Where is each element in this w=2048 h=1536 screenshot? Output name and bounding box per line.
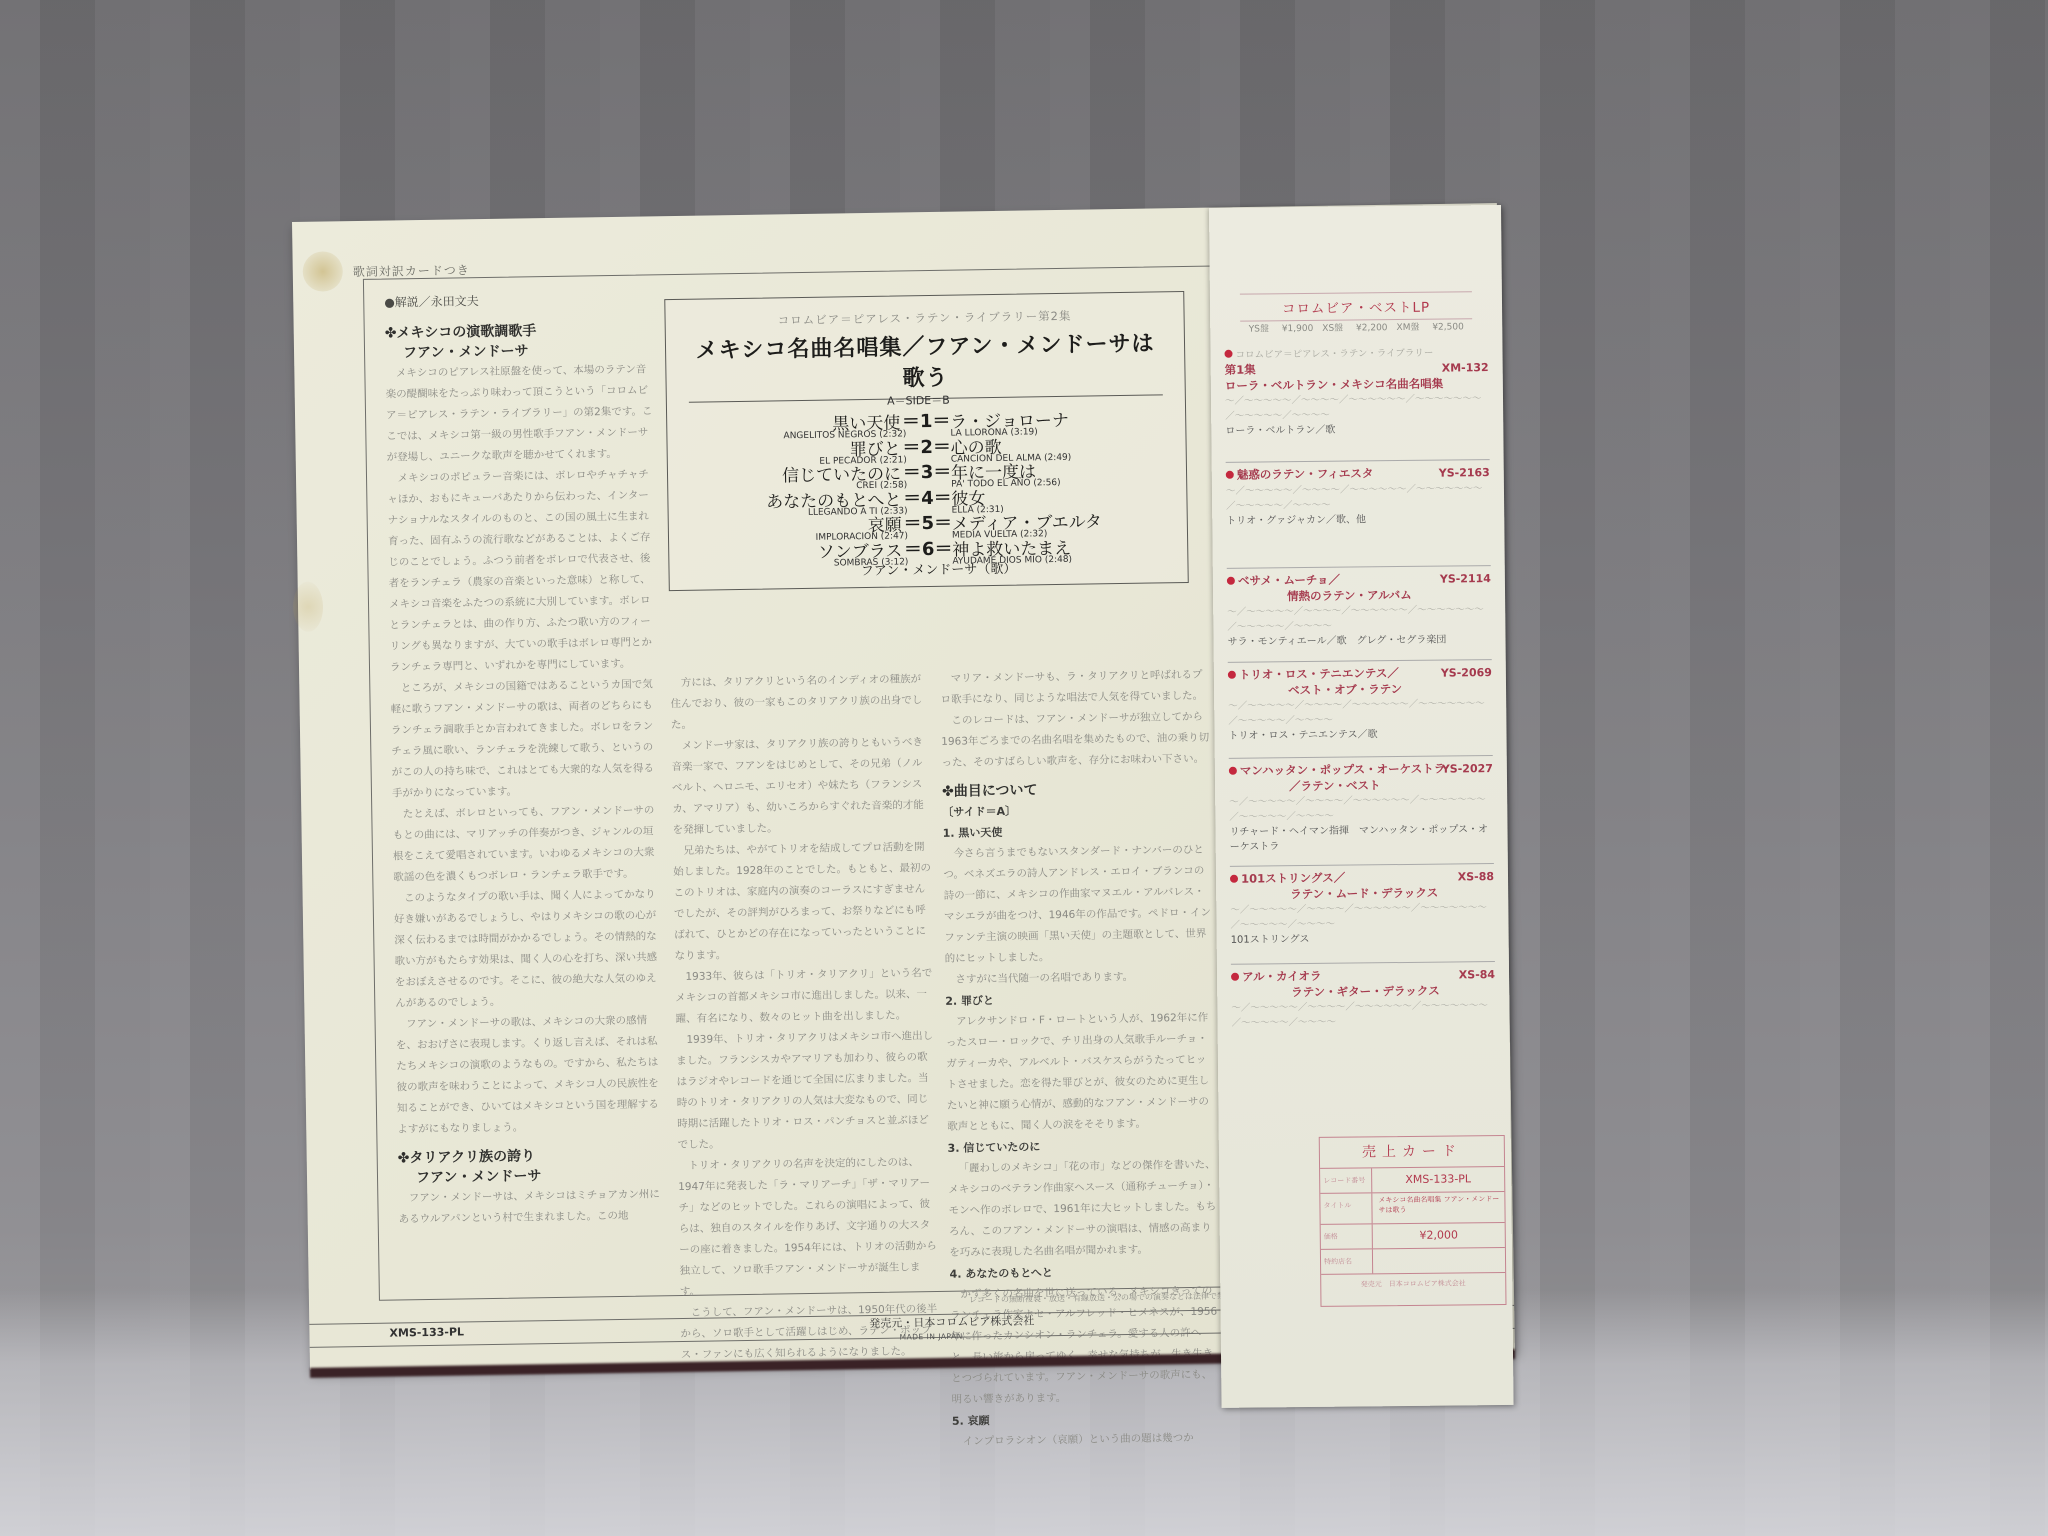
entry-catalog-number: YS-2069: [1441, 665, 1492, 681]
entry-title: トリオ・ロス・テニエンテス／: [1239, 666, 1399, 682]
entry-performer: ローラ・ベルトラン／歌: [1225, 421, 1489, 439]
entry-performer: サラ・モンティエール／歌 グレグ・セグラ楽団: [1227, 632, 1491, 650]
bullet-icon: [1227, 577, 1235, 585]
divider: [1228, 659, 1492, 663]
title-line: 101ストリングス／XS-88: [1230, 869, 1494, 888]
entry-series: コロムビア＝ピアレス・ラテン・ライブラリー: [1235, 348, 1433, 361]
entry-catalog-number: XS-88: [1458, 869, 1494, 884]
sales-card-value: ¥2,000: [1373, 1223, 1505, 1248]
catalog-entry: コロムビア＝ピアレス・ラテン・ライブラリー第1集XM-132ローラ・ベルトラン・…: [1224, 345, 1489, 458]
sales-card-row: タイトル メキシコ名曲名唱集 フアン・メンドーサは歌う: [1320, 1192, 1504, 1225]
bullet-icon: [1226, 471, 1234, 479]
entry-song-list: 〜／〜〜〜〜〜／〜〜〜〜／〜〜〜〜〜〜／〜〜〜〜〜〜〜／〜〜〜〜〜／〜〜〜〜: [1227, 602, 1491, 635]
sales-card-value: XMS-133-PL: [1372, 1167, 1504, 1192]
catalog-entry: トリオ・ロス・テニエンテス／YS-2069ベスト・オブ・ラテン〜／〜〜〜〜〜／〜…: [1228, 665, 1493, 754]
bullet-icon: [1228, 671, 1236, 679]
entry-performer: トリオ・ロス・テニエンテス／歌: [1228, 726, 1492, 744]
track-number: ＝1＝: [900, 407, 952, 434]
entry-title: 101ストリングス／: [1241, 871, 1345, 886]
sales-card-row: レコード番号 XMS-133-PL: [1320, 1167, 1504, 1194]
divider: [1229, 755, 1493, 759]
sales-card-value: [1373, 1248, 1505, 1273]
entry-catalog-number: YS-2163: [1439, 465, 1490, 481]
sales-card-key: タイトル: [1320, 1193, 1372, 1224]
catalog-number: XMS-133-PL: [389, 1325, 464, 1339]
catalog-entry: ベサメ・ムーチョ／YS-2114情熱のラテン・アルバム〜／〜〜〜〜〜／〜〜〜〜／…: [1227, 571, 1492, 658]
tracklist-box: コロムビア＝ピアレス・ラテン・ライブラリー第2集 メキシコ名曲名唱集／フアン・メ…: [664, 291, 1189, 591]
title-line: トリオ・ロス・テニエンテス／YS-2069: [1228, 665, 1492, 684]
stain: [302, 251, 343, 292]
entry-song-list: 〜／〜〜〜〜〜／〜〜〜〜／〜〜〜〜〜〜／〜〜〜〜〜〜〜／〜〜〜〜〜／〜〜〜〜: [1229, 792, 1493, 825]
sales-card-key: 特約店名: [1321, 1249, 1373, 1274]
liner-column-2: 方には、タリアクリという名のインディオの種族が住んでおり、彼の一家もこのタリアク…: [670, 669, 941, 1366]
entry-song-list: 〜／〜〜〜〜〜／〜〜〜〜／〜〜〜〜〜〜／〜〜〜〜〜〜〜／〜〜〜〜〜／〜〜〜〜: [1228, 696, 1492, 729]
sales-card-row: 特約店名: [1321, 1248, 1505, 1275]
entry-performer: トリオ・グァジャカン／歌、他: [1226, 511, 1490, 529]
divider: [1226, 459, 1490, 463]
entry-song-list: 〜／〜〜〜〜〜／〜〜〜〜／〜〜〜〜〜〜／〜〜〜〜〜〜〜／〜〜〜〜〜／〜〜〜〜: [1226, 481, 1490, 514]
track-number: ＝5＝: [902, 509, 954, 536]
bullet-icon: [1230, 875, 1238, 883]
sales-card-key: レコード番号: [1320, 1168, 1372, 1193]
divider: [1227, 565, 1491, 569]
entry-catalog-number: YS-2027: [1442, 761, 1493, 777]
track-number: ＝3＝: [901, 458, 953, 485]
entry-catalog-number: XS-84: [1459, 967, 1495, 982]
entry-catalog-number: YS-2114: [1440, 571, 1491, 587]
track-number: ＝4＝: [901, 483, 953, 510]
price-list: YS盤 ¥1,900 XS盤 ¥2,200 XM盤 ¥2,500: [1210, 319, 1502, 335]
distributor: 発売元・日本コロムビア株式会社: [869, 1312, 1034, 1331]
divider: [1231, 961, 1495, 965]
title-line: 魅惑のラテン・フィエスタYS-2163: [1226, 465, 1490, 484]
obi-title: コロムビア・ベストLP: [1240, 291, 1472, 321]
sales-card-key: 価格: [1321, 1224, 1373, 1249]
entry-catalog-number: XM-132: [1442, 360, 1489, 375]
entry-title: アル・カイオラ: [1242, 969, 1322, 984]
entry-performer: 101ストリングス: [1231, 930, 1495, 948]
sales-card: 売上カード レコード番号 XMS-133-PL タイトル メキシコ名曲名唱集 フ…: [1319, 1135, 1507, 1307]
track-number: ＝2＝: [900, 432, 952, 459]
catalog-entry: 魅惑のラテン・フィエスタYS-2163〜／〜〜〜〜〜／〜〜〜〜／〜〜〜〜〜〜／〜…: [1226, 465, 1491, 564]
entry-song-list: 〜／〜〜〜〜〜／〜〜〜〜／〜〜〜〜〜〜／〜〜〜〜〜〜〜／〜〜〜〜〜／〜〜〜〜: [1230, 900, 1494, 933]
sales-card-footer: 発売元 日本コロムビア株式会社: [1321, 1273, 1505, 1290]
divider: [1230, 863, 1494, 867]
liner-credit: ●解説／永田文夫: [384, 292, 479, 310]
entry-performer: リチャード・ヘイマン指揮 マンハッタン・ポップス・オーケストラ: [1229, 822, 1493, 855]
made-in-japan: MADE IN JAPAN: [900, 1332, 963, 1342]
sales-card-header: 売上カード: [1320, 1136, 1504, 1169]
track-list: 黒い天使＝1＝ラ・ジョローナANGELITOS NEGROS (2:32)LA …: [665, 292, 1183, 300]
entry-title: マンハッタン・ポップス・オーケストラ: [1240, 762, 1445, 778]
title-line: アル・カイオラXS-84: [1231, 967, 1495, 986]
entry-title: 魅惑のラテン・フィエスタ: [1237, 466, 1374, 481]
entry-song-list: 〜／〜〜〜〜〜／〜〜〜〜／〜〜〜〜〜〜／〜〜〜〜〜〜〜／〜〜〜〜〜／〜〜〜〜: [1231, 998, 1495, 1031]
volume-line: 第1集XM-132: [1225, 360, 1489, 379]
liner-column-1: ✤メキシコの演歌調歌手 フアン・メンドーサ メキシコのピアレス社原盤を使って、本…: [384, 311, 668, 1230]
sales-card-row: 価格 ¥2,000: [1321, 1223, 1505, 1250]
title-line: マンハッタン・ポップス・オーケストラYS-2027: [1229, 761, 1493, 780]
catalog-entry: マンハッタン・ポップス・オーケストラYS-2027／ラテン・ベスト〜／〜〜〜〜〜…: [1229, 761, 1494, 862]
catalog-entry: アル・カイオラXS-84ラテン・ギター・デラックス〜／〜〜〜〜〜／〜〜〜〜／〜〜…: [1231, 967, 1496, 1060]
catalog-entry: 101ストリングス／XS-88ラテン・ムード・デラックス〜／〜〜〜〜〜／〜〜〜〜…: [1230, 869, 1495, 960]
obi-strip: コロムビア・ベストLP YS盤 ¥1,900 XS盤 ¥2,200 XM盤 ¥2…: [1209, 205, 1514, 1408]
entry-title: ベサメ・ムーチョ／: [1238, 573, 1340, 588]
track-number: ＝6＝: [902, 534, 954, 561]
bullet-icon: [1229, 767, 1237, 775]
entry-song-list: 〜／〜〜〜〜〜／〜〜〜〜／〜〜〜〜〜〜／〜〜〜〜〜〜〜／〜〜〜〜〜／〜〜〜〜: [1225, 391, 1489, 424]
sales-card-value: メキシコ名曲名唱集 フアン・メンドーサは歌う: [1372, 1192, 1504, 1223]
stain: [293, 582, 324, 632]
bullet-icon: [1231, 973, 1239, 981]
bullet-icon: [1224, 350, 1232, 358]
title-line: ベサメ・ムーチョ／YS-2114: [1227, 571, 1491, 590]
entry-volume: 第1集: [1225, 363, 1256, 377]
